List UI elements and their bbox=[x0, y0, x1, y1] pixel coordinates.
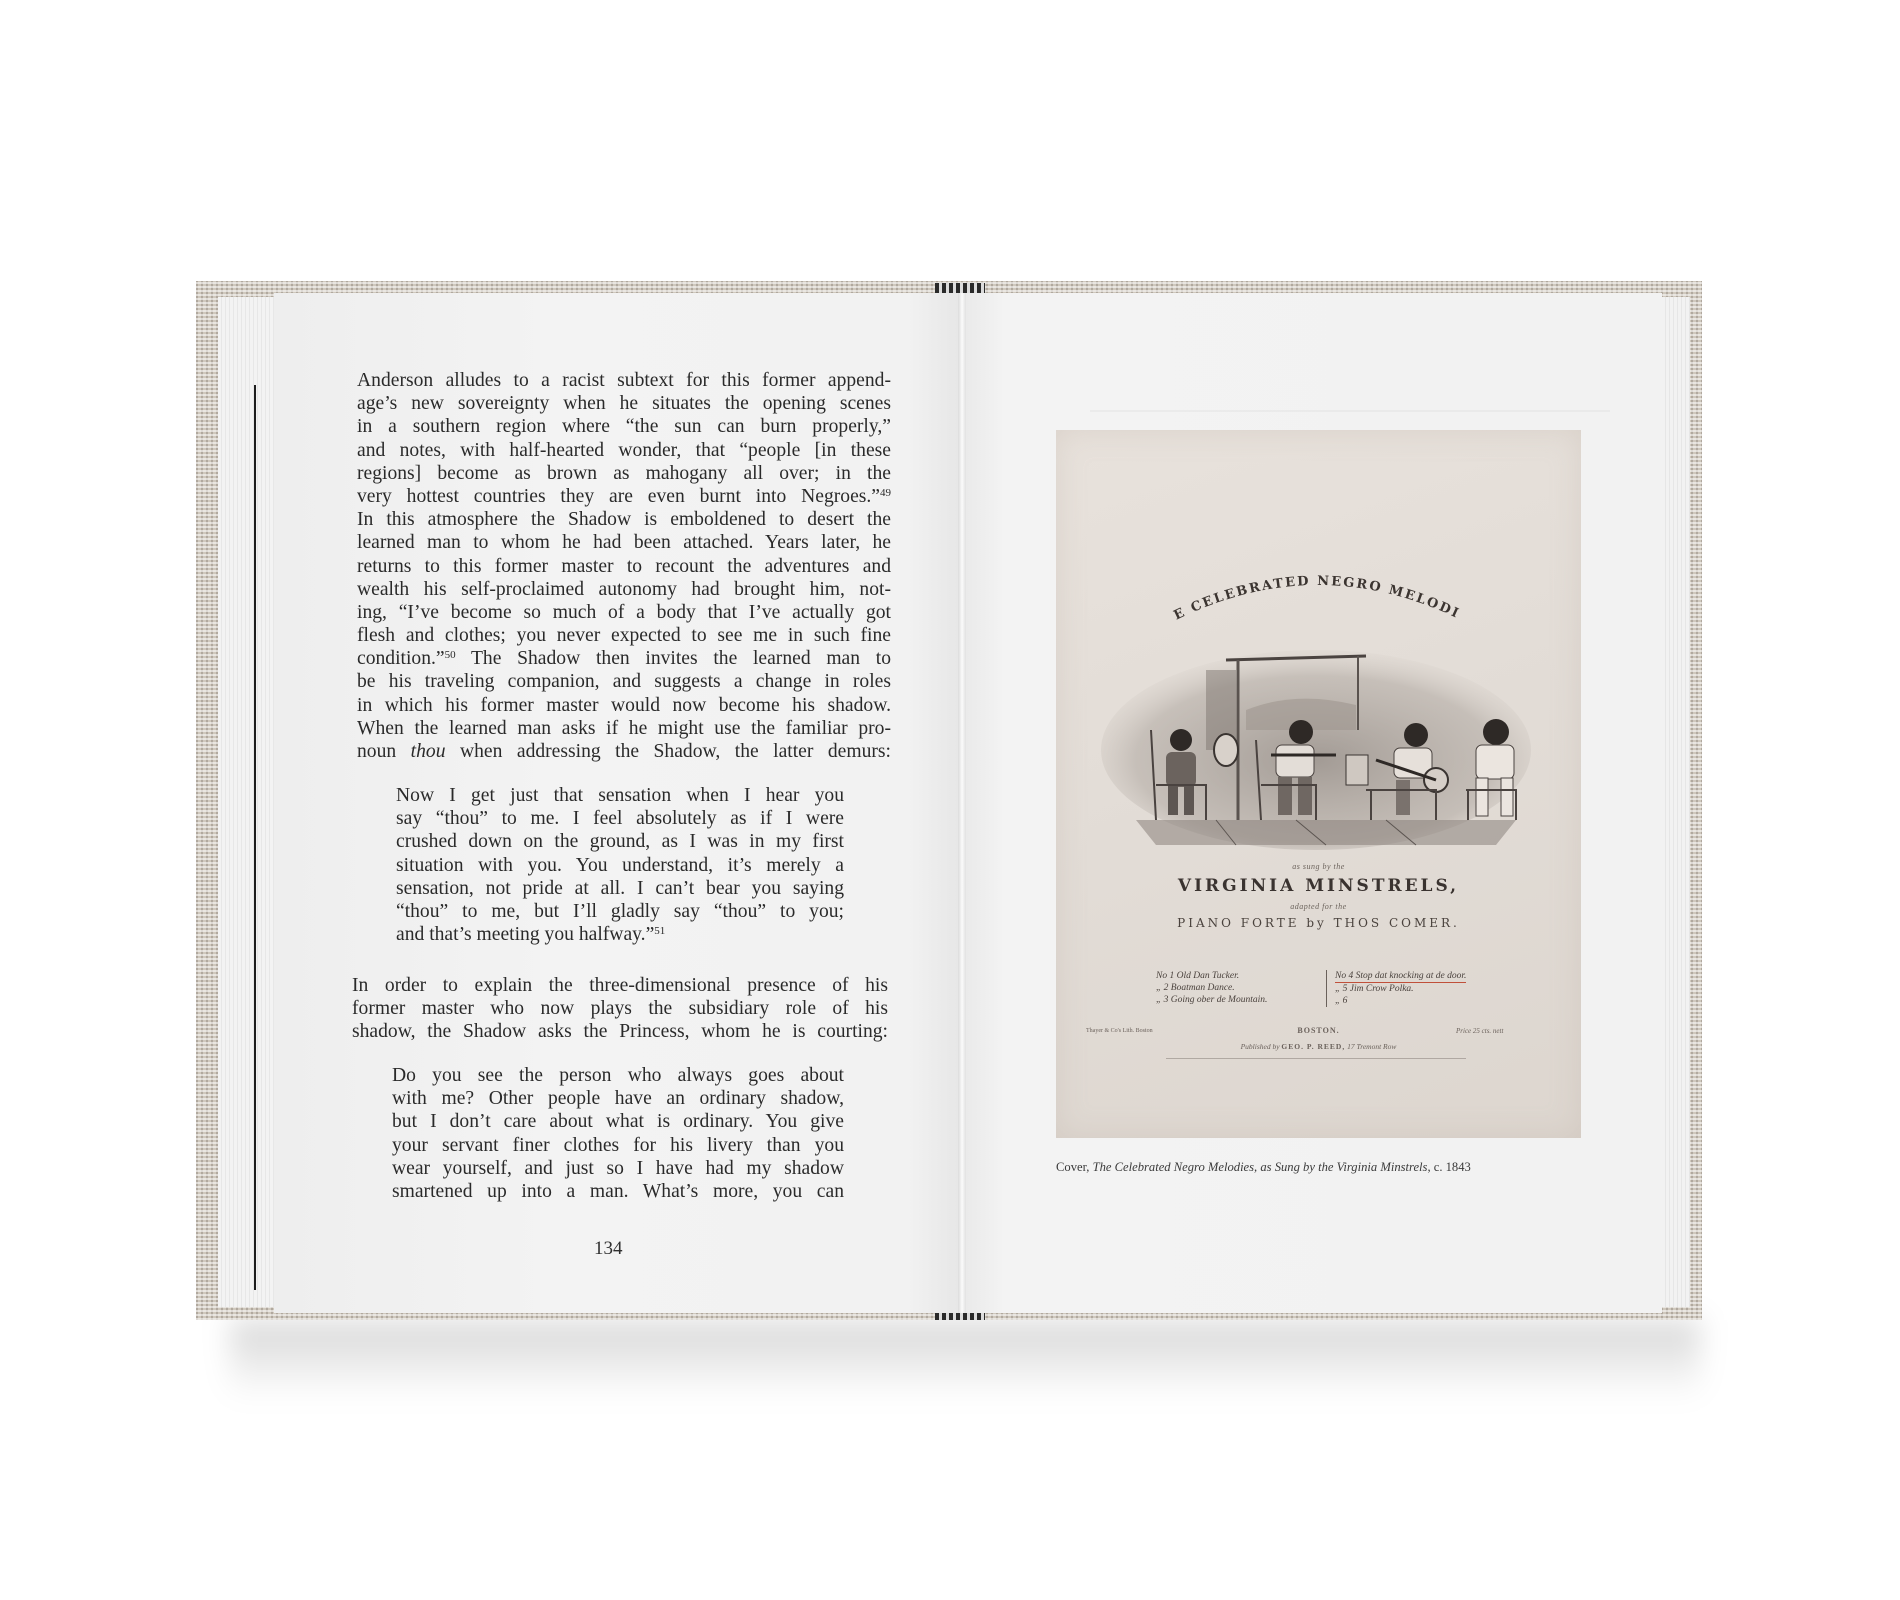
quote-line: “thou” to me, but I’ll gladly say “thou”… bbox=[396, 900, 844, 923]
publisher-name: GEO. P. REED, bbox=[1281, 1042, 1345, 1051]
text-run: and that’s meeting you halfway.” bbox=[396, 924, 654, 945]
text-run: when addressing the Shadow, the latter d… bbox=[446, 741, 892, 762]
show-through-text bbox=[1090, 380, 1610, 412]
footnote-marker-49: 49 bbox=[880, 487, 891, 499]
text-line: When the learned man asks if he might us… bbox=[357, 717, 891, 740]
quote-line: say “thou” to me. I feel absolutely as i… bbox=[396, 807, 844, 830]
text-line: very hottest countries they are even bur… bbox=[357, 485, 891, 508]
quote-line: situation with you. You understand, it’s… bbox=[396, 854, 844, 877]
arranger-line: PIANO FORTE by THOS COMER. bbox=[1056, 916, 1581, 930]
text-line: noun thou when addressing the Shadow, th… bbox=[357, 740, 891, 763]
text-line: former master who now plays the subsidia… bbox=[352, 997, 888, 1020]
quote-line: sensation, not pride at all. I can’t bea… bbox=[396, 877, 844, 900]
quote-line: your servant finer clothes for his liver… bbox=[392, 1134, 844, 1157]
figure-title-text: THE CELEBRATED NEGRO MELODIES, bbox=[1056, 540, 1462, 623]
text-run: condition.” bbox=[357, 648, 445, 669]
caption-prefix: Cover, bbox=[1056, 1160, 1093, 1174]
minstrel-illustration bbox=[1096, 620, 1536, 850]
song-item: „ 3 Going ober de Mountain. bbox=[1156, 994, 1306, 1006]
arc-title-svg: THE CELEBRATED NEGRO MELODIES, bbox=[1056, 540, 1581, 630]
text-line: regions] become as brown as mahogany all… bbox=[357, 462, 891, 485]
song-item: No 1 Old Dan Tucker. bbox=[1156, 970, 1306, 982]
text-line: learned man to whom he had been attached… bbox=[357, 531, 891, 554]
footnote-marker-51: 51 bbox=[654, 925, 665, 937]
text-line: and notes, with half-hearted wonder, tha… bbox=[357, 439, 891, 462]
quote-line: Now I get just that sensation when I hea… bbox=[396, 784, 844, 807]
quote-line: Do you see the person who always goes ab… bbox=[392, 1064, 844, 1087]
block-quote-2: Do you see the person who always goes ab… bbox=[392, 1064, 844, 1203]
quote-line: wear yourself, and just so I have had my… bbox=[392, 1157, 844, 1180]
text-line: age’s new sovereignty when he situates t… bbox=[357, 392, 891, 415]
italic-word: thou bbox=[411, 741, 446, 762]
caption-title: The Celebrated Negro Melodies, as Sung b… bbox=[1093, 1160, 1428, 1174]
figure-caption: Cover, The Celebrated Negro Melodies, as… bbox=[1056, 1160, 1471, 1175]
as-sung-by-text: as sung by the bbox=[1056, 862, 1581, 871]
text-run: The Shadow then invites the learned man … bbox=[456, 648, 891, 669]
virginia-minstrels-title: VIRGINIA MINSTRELS, bbox=[1056, 876, 1581, 896]
sheet-music-cover-figure: THE CELEBRATED NEGRO MELODIES, bbox=[1056, 430, 1581, 1138]
quote-line: crushed down on the ground, as I was in … bbox=[396, 830, 844, 853]
quote-line: with me? Other people have an ordinary s… bbox=[392, 1087, 844, 1110]
publisher-address: 17 Tremont Row bbox=[1347, 1042, 1396, 1051]
quote-line: smartened up into a man. What’s more, yo… bbox=[392, 1180, 844, 1203]
song-item: „ 2 Boatman Dance. bbox=[1156, 982, 1306, 994]
body-paragraph-1: Anderson alludes to a racist subtext for… bbox=[357, 369, 891, 763]
copyright-rule bbox=[1166, 1058, 1466, 1059]
quote-line: but I don’t care about what is ordinary.… bbox=[392, 1110, 844, 1133]
spine-headband-bottom bbox=[935, 1312, 985, 1320]
song-list-right: No 4 Stop dat knocking at de door. „ 5 J… bbox=[1326, 970, 1505, 1007]
publisher-prefix: Published by bbox=[1241, 1042, 1280, 1051]
song-list-left: No 1 Old Dan Tucker. „ 2 Boatman Dance. … bbox=[1156, 970, 1306, 1006]
text-run: very hottest countries they are even bur… bbox=[357, 486, 880, 507]
text-line: returns to this former master to recount… bbox=[357, 555, 891, 578]
adapted-for-text: adapted for the bbox=[1056, 902, 1581, 911]
figure-title-arc: THE CELEBRATED NEGRO MELODIES, bbox=[1056, 540, 1581, 630]
quote-line: and that’s meeting you halfway.”51 bbox=[396, 923, 844, 946]
text-line: shadow, the Shadow asks the Princess, wh… bbox=[352, 1020, 888, 1043]
song-item: No 4 Stop dat knocking at de door. bbox=[1335, 970, 1466, 983]
text-line: ing, “I’ve become so much of a body that… bbox=[357, 601, 891, 624]
svg-text:THE CELEBRATED NEGRO MELODIES,: THE CELEBRATED NEGRO MELODIES, bbox=[1056, 540, 1462, 623]
song-list: No 1 Old Dan Tucker. „ 2 Boatman Dance. … bbox=[1156, 970, 1506, 1030]
page-block-edge-left bbox=[218, 297, 274, 1307]
text-line: In this atmosphere the Shadow is embolde… bbox=[357, 508, 891, 531]
caption-suffix: , c. 1843 bbox=[1427, 1160, 1470, 1174]
text-run: noun bbox=[357, 741, 411, 762]
text-line: flesh and clothes; you never expected to… bbox=[357, 624, 891, 647]
block-quote-1: Now I get just that sensation when I hea… bbox=[396, 784, 844, 946]
page-number: 134 bbox=[594, 1238, 623, 1260]
text-line: wealth his self-proclaimed autonomy had … bbox=[357, 578, 891, 601]
footnote-marker-50: 50 bbox=[445, 649, 456, 661]
publisher-line: Published by GEO. P. REED, 17 Tremont Ro… bbox=[1056, 1042, 1581, 1051]
text-line: In order to explain the three-dimensiona… bbox=[352, 974, 888, 997]
illustration-svg bbox=[1096, 620, 1536, 850]
text-line: in which his former master would now bec… bbox=[357, 694, 891, 717]
song-item: „ 5 Jim Crow Polka. bbox=[1335, 983, 1505, 995]
book-shadow bbox=[230, 1320, 1700, 1400]
book-gutter bbox=[958, 293, 966, 1313]
book-photo-scene: Anderson alludes to a racist subtext for… bbox=[0, 0, 1900, 1600]
body-paragraph-2: In order to explain the three-dimensiona… bbox=[352, 974, 888, 1044]
song-item: „ 6 bbox=[1335, 995, 1505, 1007]
text-line: condition.”50 The Shadow then invites th… bbox=[357, 647, 891, 670]
price-text: Price 25 cts. nett bbox=[1456, 1027, 1566, 1035]
spine-headband-top bbox=[935, 283, 985, 293]
bookmark-ribbon bbox=[254, 385, 256, 1290]
page-block-edge-right bbox=[1662, 297, 1690, 1307]
text-line: Anderson alludes to a racist subtext for… bbox=[357, 369, 891, 392]
text-line: in a southern region where “the sun can … bbox=[357, 415, 891, 438]
text-line: be his traveling companion, and suggests… bbox=[357, 670, 891, 693]
